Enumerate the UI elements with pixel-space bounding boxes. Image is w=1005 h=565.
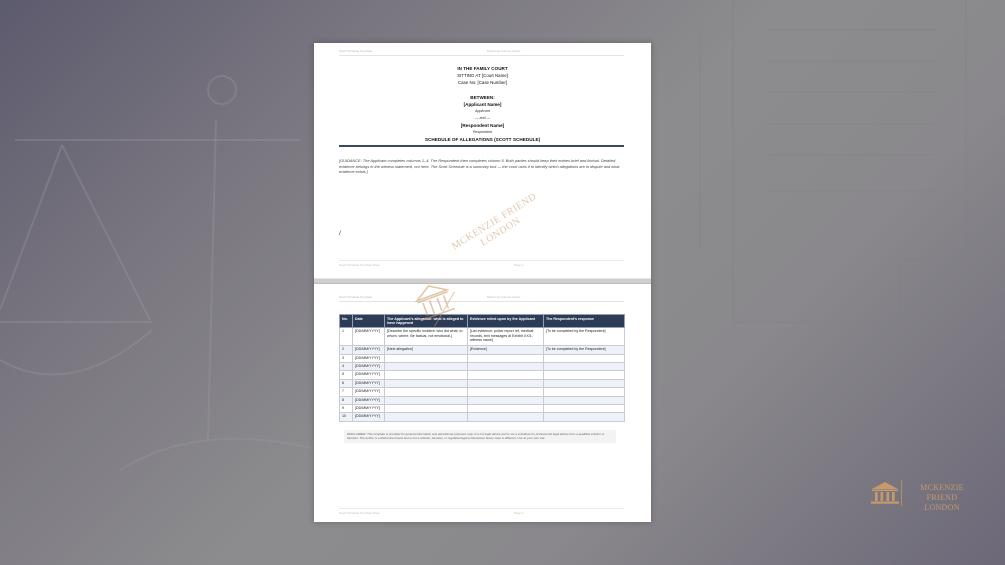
table-row: 9[DD/MM/YYYY] — [340, 404, 625, 412]
cell-date[interactable]: [DD/MM/YYYY] — [353, 371, 385, 379]
page-header: Scott Schedule Template McKenzie Friend … — [339, 294, 624, 302]
header-left-text: Scott Schedule Template — [339, 295, 372, 299]
respondent-name: [Respondent Name] — [314, 122, 651, 129]
cell-no[interactable]: 9 — [340, 404, 353, 412]
applicant-role: Applicant — [314, 108, 651, 115]
brand-divider — [901, 480, 902, 506]
table-row: 7[DD/MM/YYYY] — [340, 388, 625, 396]
table-row: 1[DD/MM/YYYY][Describe the specific inci… — [340, 328, 625, 346]
cell-response[interactable]: [To be completed by the Respondent] — [544, 346, 625, 354]
title-rule — [339, 145, 624, 147]
table-row: 4[DD/MM/YYYY] — [340, 362, 625, 370]
cell-date[interactable]: [DD/MM/YYYY] — [353, 362, 385, 370]
cell-response[interactable]: [To be completed by the Respondent] — [544, 328, 625, 346]
cell-date[interactable]: [DD/MM/YYYY] — [353, 379, 385, 387]
cell-no[interactable]: 3 — [340, 354, 353, 362]
cell-no[interactable]: 6 — [340, 379, 353, 387]
cell-response[interactable] — [544, 379, 625, 387]
cell-no[interactable]: 8 — [340, 396, 353, 404]
cell-date[interactable]: [DD/MM/YYYY] — [353, 404, 385, 412]
brand-logo: MCKENZIE FRIEND LONDON — [870, 478, 985, 508]
guidance-text: [GUIDANCE: The Applicant completes colum… — [339, 158, 624, 175]
cell-response[interactable] — [544, 354, 625, 362]
cell-evidence[interactable] — [468, 404, 544, 412]
cell-allegation[interactable] — [385, 396, 468, 404]
page-footer: Scott Schedule Template Pack Page 2 — [339, 508, 624, 514]
page-1: Scott Schedule Template McKenzie Friend … — [314, 43, 651, 278]
cell-response[interactable] — [544, 396, 625, 404]
brand-line-1: MCKENZIE FRIEND — [904, 483, 980, 503]
schedule-title: SCHEDULE OF ALLEGATIONS (SCOTT SCHEDULE) — [314, 136, 651, 143]
table-row: 6[DD/MM/YYYY] — [340, 379, 625, 387]
column-header-allegation: The Applicant's allegation: what is alle… — [385, 315, 468, 328]
brand-line-2: LONDON — [904, 503, 980, 513]
cell-date[interactable]: [DD/MM/YYYY] — [353, 354, 385, 362]
table-header-row: No. Date The Applicant's allegation: wha… — [340, 315, 625, 328]
cell-evidence[interactable] — [468, 396, 544, 404]
cell-evidence[interactable] — [468, 413, 544, 421]
cell-allegation[interactable]: [Describe the specific incident: who did… — [385, 328, 468, 346]
cell-date[interactable]: [DD/MM/YYYY] — [353, 346, 385, 354]
sitting-at: SITTING AT [Court Name] — [314, 72, 651, 79]
cell-evidence[interactable] — [468, 388, 544, 396]
cell-allegation[interactable] — [385, 379, 468, 387]
page-number: Page 1 — [514, 263, 524, 267]
cell-allegation[interactable] — [385, 354, 468, 362]
cell-no[interactable]: 5 — [340, 371, 353, 379]
cell-evidence[interactable] — [468, 371, 544, 379]
cell-no[interactable]: 10 — [340, 413, 353, 421]
footer-left-text: Scott Schedule Template Pack — [339, 263, 380, 267]
table-row: 10[DD/MM/YYYY] — [340, 413, 625, 421]
case-number: Case No: [Case Number] — [314, 79, 651, 86]
cell-evidence[interactable] — [468, 379, 544, 387]
document-viewer[interactable]: Scott Schedule Template McKenzie Friend … — [314, 43, 651, 522]
column-header-response: The Respondent's response — [544, 315, 625, 328]
cell-evidence[interactable] — [468, 354, 544, 362]
cell-no[interactable]: 2 — [340, 346, 353, 354]
applicant-name: [Applicant Name] — [314, 101, 651, 108]
court-title: IN THE FAMILY COURT — [314, 65, 651, 72]
page-2: Scott Schedule Template McKenzie Friend … — [314, 284, 651, 522]
column-header-evidence: Evidence relied upon by the Applicant — [468, 315, 544, 328]
header-right-text: McKenzie Friend London — [487, 49, 520, 53]
document-outline-icon — [700, 0, 966, 322]
cell-no[interactable]: 1 — [340, 328, 353, 346]
and-separator: — and — — [314, 115, 651, 122]
cell-response[interactable] — [544, 371, 625, 379]
cell-no[interactable]: 4 — [340, 362, 353, 370]
cell-no[interactable]: 7 — [340, 388, 353, 396]
cell-response[interactable] — [544, 404, 625, 412]
cell-response[interactable] — [544, 362, 625, 370]
cell-date[interactable]: [DD/MM/YYYY] — [353, 388, 385, 396]
court-heading: IN THE FAMILY COURT SITTING AT [Court Na… — [314, 65, 651, 143]
cell-allegation[interactable] — [385, 388, 468, 396]
page-number: Page 2 — [514, 511, 524, 515]
cell-evidence[interactable]: [List evidence: police report ref, medic… — [468, 328, 544, 346]
respondent-role: Respondent — [314, 129, 651, 136]
page-footer: Scott Schedule Template Pack Page 1 — [339, 260, 624, 266]
table-row: 2[DD/MM/YYYY][Next allegation][Evidence]… — [340, 346, 625, 354]
cell-allegation[interactable] — [385, 362, 468, 370]
brand-name: MCKENZIE FRIEND LONDON — [904, 483, 980, 513]
cell-allegation[interactable] — [385, 371, 468, 379]
page-header: Scott Schedule Template McKenzie Friend … — [339, 48, 624, 56]
table-row: 5[DD/MM/YYYY] — [340, 371, 625, 379]
cell-allegation[interactable] — [385, 404, 468, 412]
cell-response[interactable] — [544, 388, 625, 396]
scales-of-justice-icon — [0, 76, 320, 470]
courthouse-icon — [871, 481, 899, 505]
column-header-no: No. — [340, 315, 353, 328]
cell-allegation[interactable]: [Next allegation] — [385, 346, 468, 354]
cell-response[interactable] — [544, 413, 625, 421]
table-row: 8[DD/MM/YYYY] — [340, 396, 625, 404]
cell-date[interactable]: [DD/MM/YYYY] — [353, 413, 385, 421]
cell-date[interactable]: [DD/MM/YYYY] — [353, 396, 385, 404]
cell-allegation[interactable] — [385, 413, 468, 421]
table-body: 1[DD/MM/YYYY][Describe the specific inci… — [340, 328, 625, 422]
header-left-text: Scott Schedule Template — [339, 49, 372, 53]
cell-evidence[interactable]: [Evidence] — [468, 346, 544, 354]
between-label: BETWEEN: — [314, 94, 651, 101]
allegations-table: No. Date The Applicant's allegation: wha… — [339, 314, 625, 422]
table-row: 3[DD/MM/YYYY] — [340, 354, 625, 362]
cell-date[interactable]: [DD/MM/YYYY] — [353, 328, 385, 346]
disclaimer-text: DISCLAIMER: This template is provided fo… — [344, 430, 616, 443]
text-cursor[interactable]: / — [339, 231, 341, 237]
footer-left-text: Scott Schedule Template Pack — [339, 511, 380, 515]
header-right-text: McKenzie Friend London — [487, 295, 520, 299]
cell-evidence[interactable] — [468, 362, 544, 370]
column-header-date: Date — [353, 315, 385, 328]
